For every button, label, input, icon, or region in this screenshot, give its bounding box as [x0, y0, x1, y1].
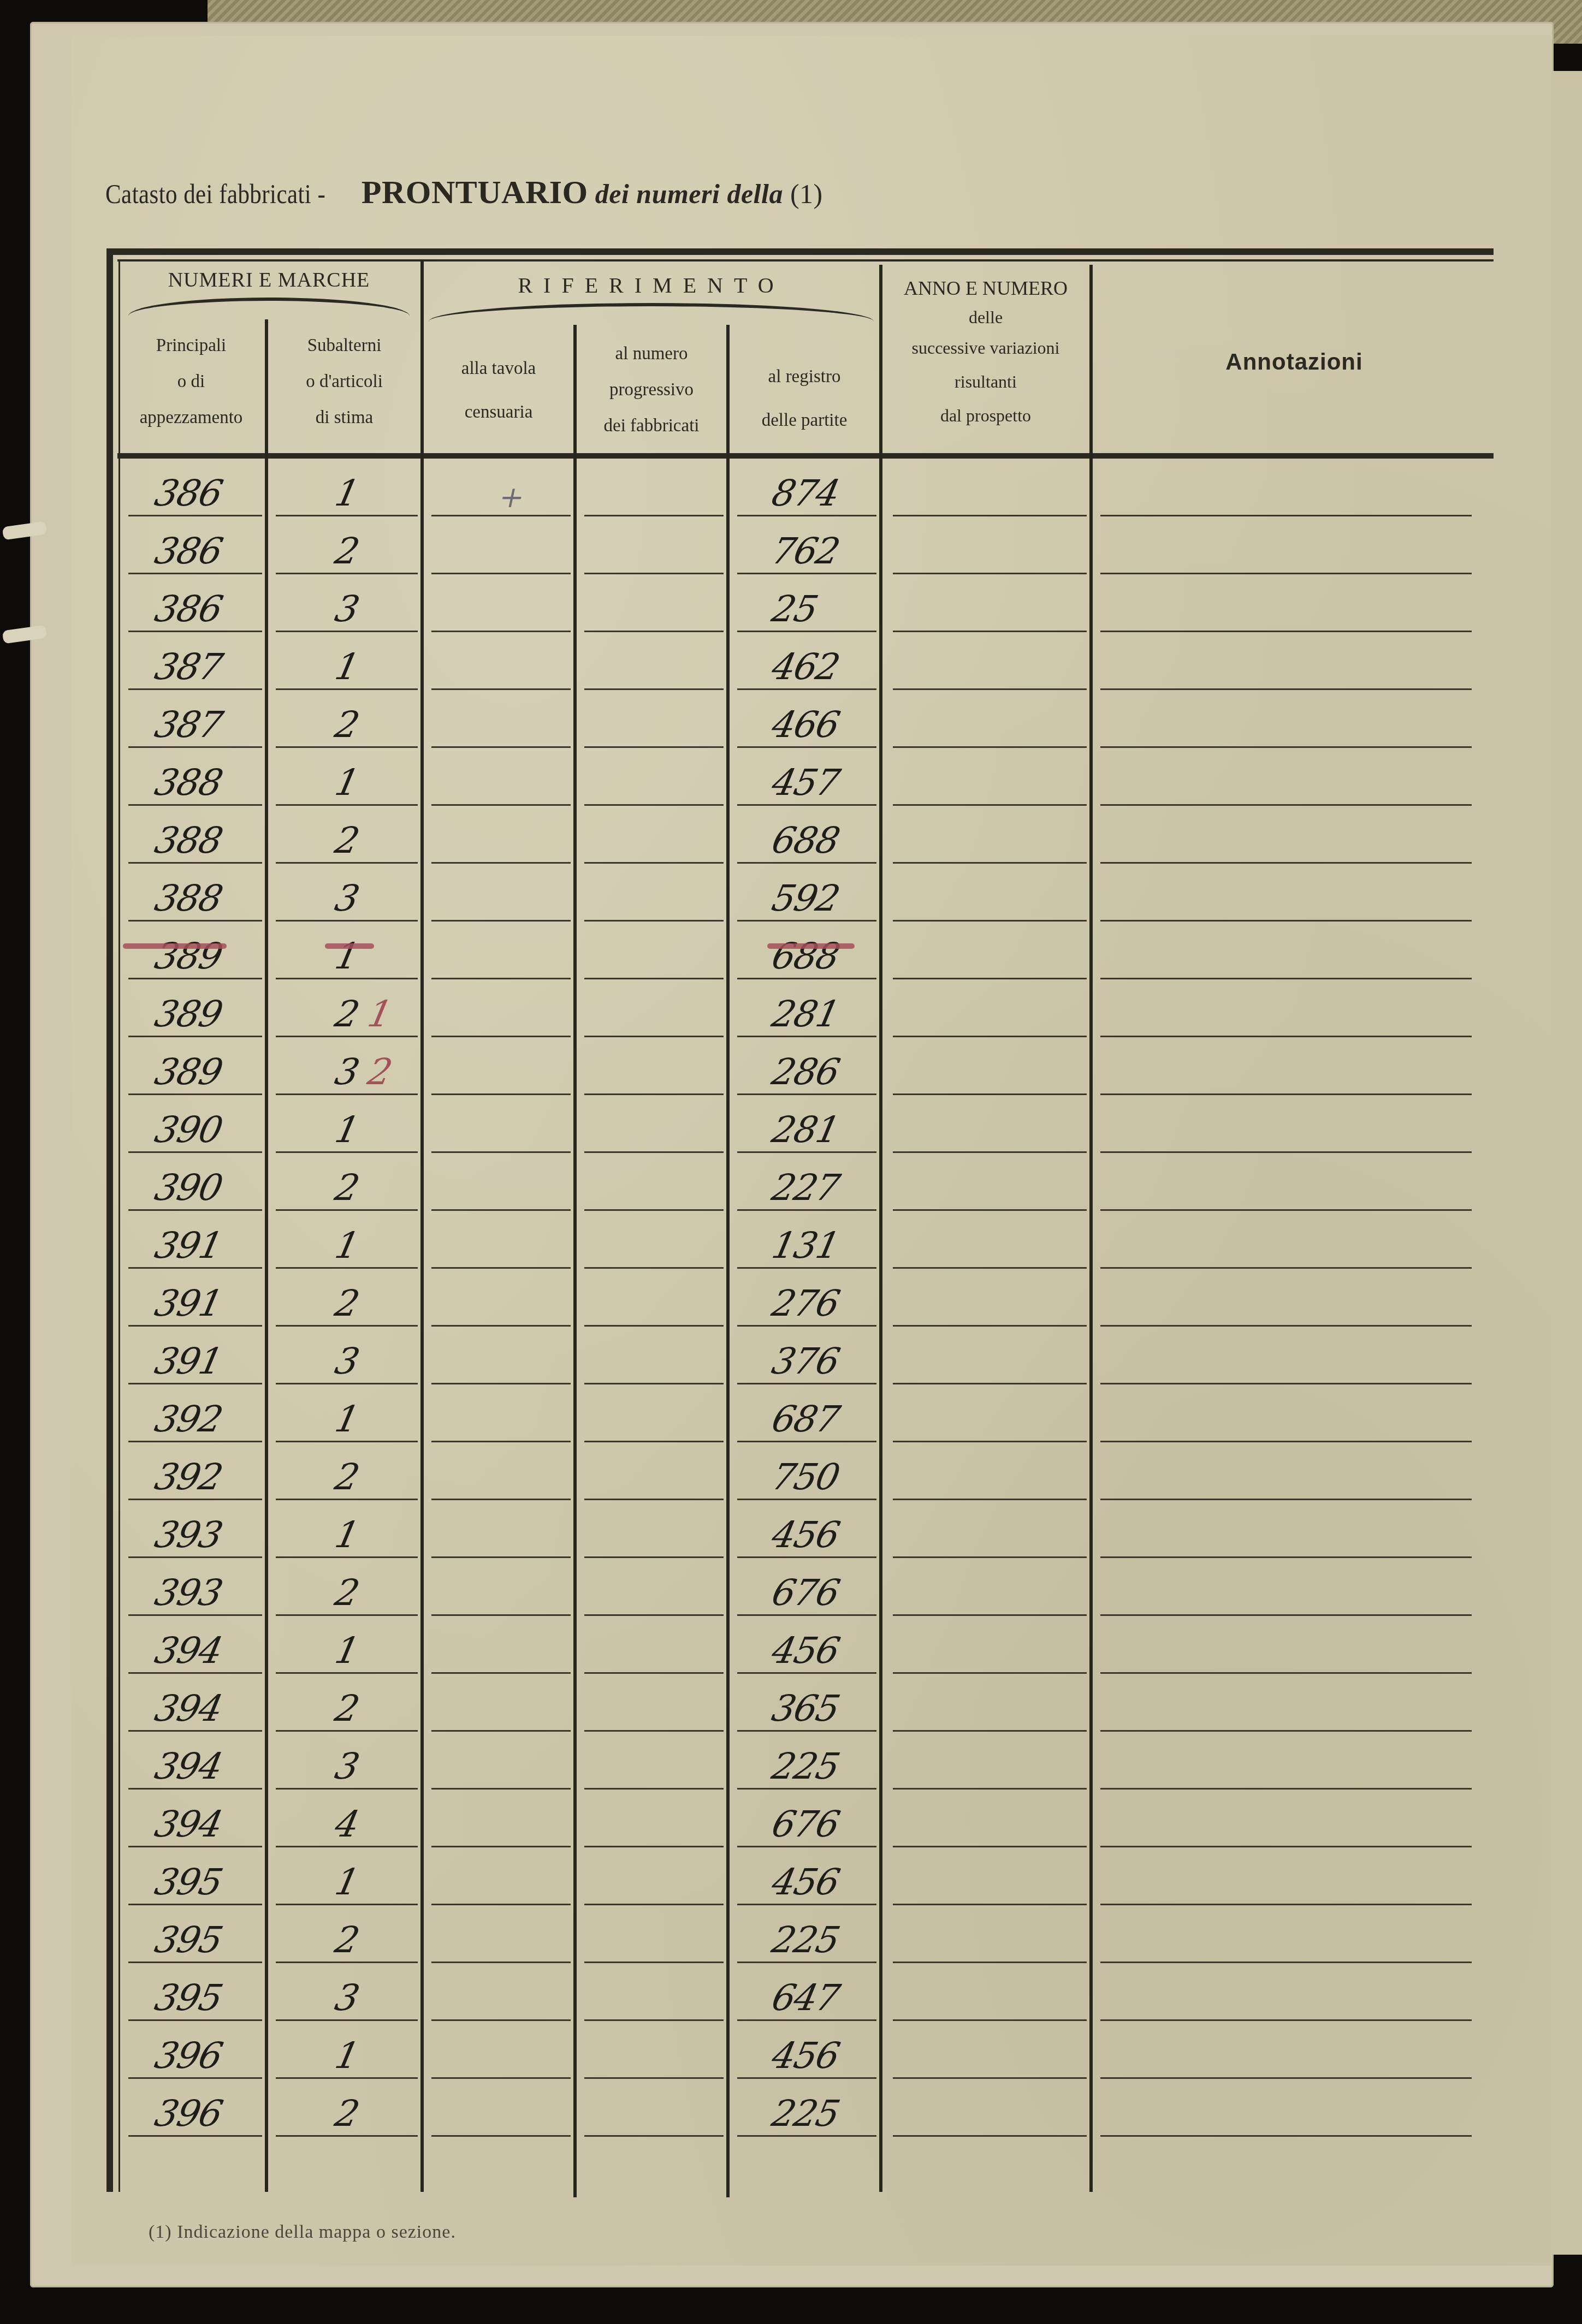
- cell-partita: 286: [768, 1051, 843, 1093]
- cell-subalterno: 1: [331, 1225, 362, 1267]
- table-row: 3882688: [117, 806, 1494, 864]
- cell-principale: 393: [151, 1572, 226, 1614]
- table-row: 3922750: [117, 1442, 1494, 1500]
- cell-principale: 393: [151, 1514, 226, 1556]
- table-row: 3901281: [117, 1095, 1494, 1153]
- cell-principale: 386: [151, 530, 226, 572]
- cell-principale: 395: [151, 1919, 226, 1961]
- row-rule: [893, 2135, 1087, 2137]
- table-row: 38932286: [117, 1037, 1494, 1095]
- row-rule: [737, 2135, 876, 2137]
- header-line: di stima: [268, 400, 420, 436]
- cell-partita: 676: [768, 1572, 843, 1614]
- cell-partita: 365: [768, 1687, 843, 1729]
- header-line: successive variazioni: [882, 331, 1089, 365]
- cell-subalterno: 2: [331, 1282, 362, 1324]
- header-principali: Principali o di appezzamento: [117, 328, 265, 436]
- table-row: 3932676: [117, 1558, 1494, 1616]
- cell-principale: 394: [151, 1630, 226, 1672]
- table-row: 3941456: [117, 1616, 1494, 1674]
- cell-principale: 395: [151, 1977, 226, 2019]
- cell-subalterno: 1: [331, 1630, 362, 1672]
- cell-principale: 389: [151, 1051, 226, 1093]
- cell-partita: 456: [768, 1861, 843, 1903]
- header-tavola: alla tavola censuaria: [424, 347, 573, 434]
- table-row: 3942365: [117, 1674, 1494, 1732]
- cell-partita: 276: [768, 1282, 843, 1324]
- cell-principale: 390: [151, 1167, 226, 1209]
- cell-principale: 392: [151, 1398, 226, 1440]
- cell-subalterno: 2: [331, 819, 362, 861]
- row-rule: [128, 2135, 262, 2137]
- cell-subalterno: 1: [331, 1109, 362, 1151]
- header-numeri-e-marche: NUMERI E MARCHE: [117, 265, 420, 295]
- cell-partita: 676: [768, 1803, 843, 1845]
- title-prefix: Catasto dei fabbricati -: [105, 178, 325, 210]
- cell-principale: 395: [151, 1861, 226, 1903]
- cell-subalterno: 3: [331, 877, 362, 919]
- red-strikethrough: [767, 943, 855, 949]
- footnote: (1) Indicazione della mappa o sezione.: [149, 2222, 456, 2243]
- cell-subalterno: 1: [331, 1514, 362, 1556]
- cell-subalterno: 1: [331, 2035, 362, 2077]
- table-row: 3862762: [117, 516, 1494, 574]
- header-line: alla tavola: [424, 347, 573, 390]
- cell-subalterno: 1: [331, 472, 362, 514]
- cell-principale: 396: [151, 2093, 226, 2135]
- row-rule: [431, 2135, 571, 2137]
- table-row: 3913376: [117, 1327, 1494, 1384]
- cell-partita: 281: [768, 993, 843, 1035]
- table-row: 3861+874: [117, 459, 1494, 516]
- table-top-rule-inner: [117, 259, 1494, 261]
- table-row: 3951456: [117, 1847, 1494, 1905]
- cell-subalterno: 3: [331, 1340, 362, 1382]
- cell-partita: 647: [768, 1977, 843, 2019]
- header-annotazioni: Annotazioni: [1095, 347, 1494, 377]
- header-line: o d'articoli: [268, 364, 420, 400]
- cell-principale: 386: [151, 472, 226, 514]
- cell-partita: 225: [768, 2093, 843, 2135]
- table-row: 38921281: [117, 979, 1494, 1037]
- header-line: dei fabbricati: [577, 408, 726, 444]
- cell-subalterno: 2: [331, 1456, 362, 1498]
- table-top-rule: [106, 248, 1494, 255]
- cell-subalterno: 3: [331, 1745, 362, 1787]
- cell-principale: 394: [151, 1803, 226, 1845]
- cell-partita: 688: [768, 819, 843, 861]
- cell-partita: 762: [768, 530, 843, 572]
- cell-subalterno: 2: [331, 1919, 362, 1961]
- cell-principale: 394: [151, 1687, 226, 1729]
- cell-principale: 389: [151, 935, 226, 977]
- header-line: appezzamento: [117, 400, 265, 436]
- header-subalterni: Subalterni o d'articoli di stima: [268, 328, 420, 436]
- cell-tavola: +: [496, 480, 527, 514]
- title-note-ref: (1): [790, 179, 823, 209]
- page-title: Catasto dei fabbricati - PRONTUARIO dei …: [105, 174, 823, 211]
- cell-partita: 688: [768, 935, 843, 977]
- brace-numeri: [128, 298, 410, 316]
- cell-partita: 131: [768, 1225, 843, 1267]
- cell-subalterno: 2: [331, 530, 362, 572]
- prontuario-table: NUMERI E MARCHE RIFERIMENTO ANNO E NUMER…: [106, 248, 1494, 2192]
- header-riferimento: RIFERIMENTO: [423, 270, 879, 301]
- table-row: 3891688: [117, 922, 1494, 979]
- table-row: 3921687: [117, 1384, 1494, 1442]
- header-registro: al registro delle partite: [730, 355, 879, 442]
- cell-partita: 376: [768, 1340, 843, 1382]
- cell-subalterno: 3: [331, 1051, 362, 1093]
- brace-riferimento: [429, 303, 874, 322]
- cell-principale: 391: [151, 1282, 226, 1324]
- header-line: Subalterni: [268, 328, 420, 364]
- cell-partita: 457: [768, 762, 843, 804]
- cell-principale: 391: [151, 1225, 226, 1267]
- header-line: delle: [882, 304, 1089, 331]
- header-line: delle partite: [730, 399, 879, 442]
- cell-partita: 25: [768, 588, 821, 630]
- cell-partita: 874: [768, 472, 843, 514]
- cell-subalterno: 1: [331, 1398, 362, 1440]
- title-suffix: dei numeri della: [588, 179, 790, 209]
- cell-partita: 462: [768, 646, 843, 688]
- cell-subalterno-correction: 2: [364, 1051, 395, 1093]
- cell-partita: 225: [768, 1919, 843, 1961]
- header-line: al numero: [577, 336, 726, 372]
- cell-principale: 392: [151, 1456, 226, 1498]
- table-row: 3902227: [117, 1153, 1494, 1211]
- header-line: risultanti: [882, 365, 1089, 399]
- cell-partita: 456: [768, 1514, 843, 1556]
- cell-subalterno: 2: [331, 704, 362, 746]
- table-row: 3962225: [117, 2079, 1494, 2137]
- cell-subalterno: 1: [331, 762, 362, 804]
- cell-subalterno: 3: [331, 588, 362, 630]
- header-line: Principali: [117, 328, 265, 364]
- cell-partita: 281: [768, 1109, 843, 1151]
- cell-subalterno: 3: [331, 1977, 362, 2019]
- header-bottom-rule: [117, 453, 1494, 459]
- cell-partita: 592: [768, 877, 843, 919]
- row-rule: [584, 2135, 724, 2137]
- header-anno-numero: ANNO E NUMERO delle successive variazion…: [882, 273, 1089, 432]
- header-line: dal prospetto: [882, 399, 1089, 432]
- cell-subalterno: 2: [331, 1572, 362, 1614]
- cell-principale: 386: [151, 588, 226, 630]
- header-progressivo: al numero progressivo dei fabbricati: [577, 336, 726, 444]
- cell-partita: 456: [768, 2035, 843, 2077]
- cell-principale: 394: [151, 1745, 226, 1787]
- cell-subalterno: 1: [331, 1861, 362, 1903]
- cell-partita: 225: [768, 1745, 843, 1787]
- cell-subalterno: 2: [331, 1687, 362, 1729]
- cell-partita: 227: [768, 1167, 843, 1209]
- cell-principale: 389: [151, 993, 226, 1035]
- table-row: 3871462: [117, 632, 1494, 690]
- red-strikethrough: [123, 943, 227, 949]
- cell-principale: 391: [151, 1340, 226, 1382]
- header-line: progressivo: [577, 372, 726, 408]
- cell-subalterno: 1: [331, 646, 362, 688]
- table-row: 3961456: [117, 2021, 1494, 2079]
- table-row: 3952225: [117, 1905, 1494, 1963]
- cell-partita: 687: [768, 1398, 843, 1440]
- cell-partita: 456: [768, 1630, 843, 1672]
- table-row: 3944676: [117, 1790, 1494, 1847]
- cell-principale: 388: [151, 819, 226, 861]
- cell-subalterno: 2: [331, 993, 362, 1035]
- title-main: PRONTUARIO: [362, 174, 588, 210]
- cell-principale: 387: [151, 646, 226, 688]
- table-left-rule: [106, 248, 113, 2192]
- table-row: 3883592: [117, 864, 1494, 922]
- header-line: o di: [117, 364, 265, 400]
- cell-subalterno: 1: [331, 935, 362, 977]
- table-row: 3953647: [117, 1963, 1494, 2021]
- table-row: 386325: [117, 574, 1494, 632]
- red-strikethrough: [325, 943, 374, 949]
- table-row: 3912276: [117, 1269, 1494, 1327]
- table-row: 3881457: [117, 748, 1494, 806]
- table-row: 3911131: [117, 1211, 1494, 1269]
- cell-principale: 388: [151, 762, 226, 804]
- cell-subalterno: 4: [331, 1803, 362, 1845]
- cell-partita: 750: [768, 1456, 843, 1498]
- cell-partita: 466: [768, 704, 843, 746]
- cell-principale: 390: [151, 1109, 226, 1151]
- table-row: 3931456: [117, 1500, 1494, 1558]
- cell-subalterno-correction: 1: [364, 993, 395, 1035]
- row-rule: [276, 2135, 418, 2137]
- cell-subalterno: 2: [331, 1167, 362, 1209]
- table-row: 3943225: [117, 1732, 1494, 1790]
- row-rule: [1100, 2135, 1472, 2137]
- cell-principale: 387: [151, 704, 226, 746]
- cell-principale: 388: [151, 877, 226, 919]
- header-line: al registro: [730, 355, 879, 399]
- table-row: 3872466: [117, 690, 1494, 748]
- cell-subalterno: 2: [331, 2093, 362, 2135]
- header-line: censuaria: [424, 390, 573, 434]
- cell-principale: 396: [151, 2035, 226, 2077]
- header-line: ANNO E NUMERO: [882, 273, 1089, 304]
